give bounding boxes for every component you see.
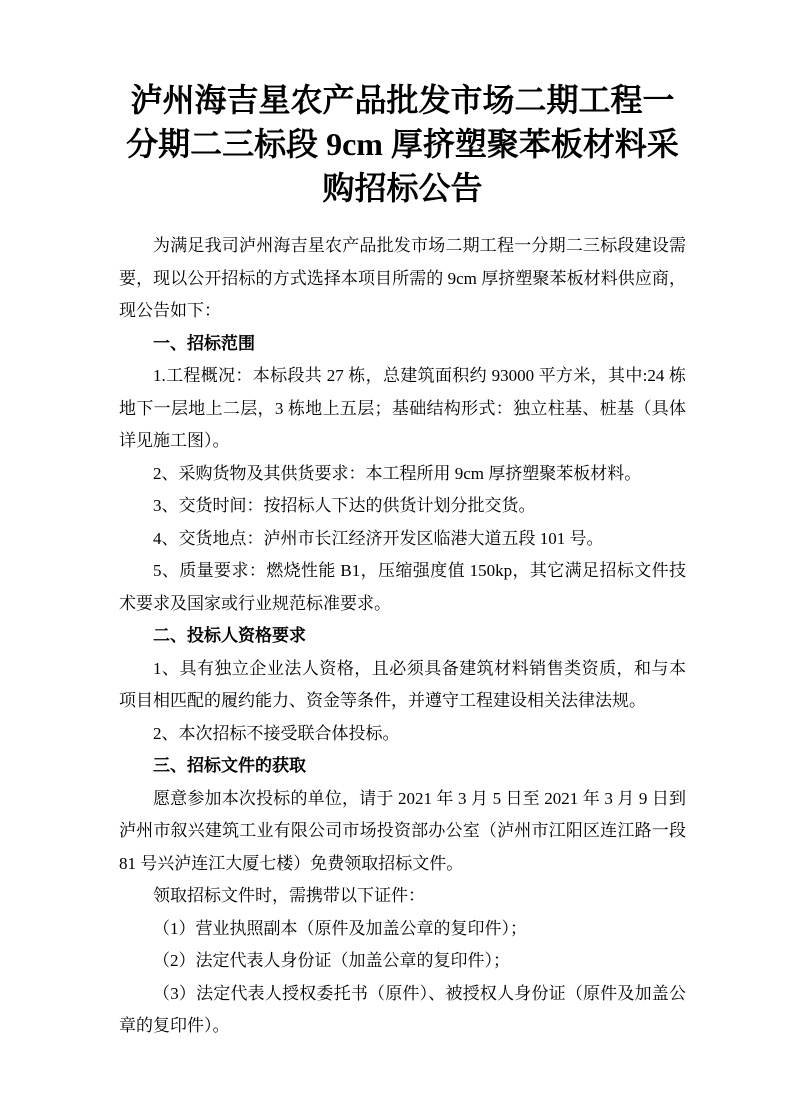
document-page: 泸州海吉星农产品批发市场二期工程一分期二三标段 9cm 厚挤塑聚苯板材料采购招标…: [0, 0, 794, 1108]
section-2-heading: 二、投标人资格要求: [119, 620, 686, 653]
section-1-item-1: 1.工程概况：本标段共 27 栋，总建筑面积约 93000 平方米，其中:24 …: [119, 360, 686, 458]
section-1-item-2: 2、采购货物及其供货要求：本工程所用 9cm 厚挤塑聚苯板材料。: [119, 458, 686, 491]
document-title: 泸州海吉星农产品批发市场二期工程一分期二三标段 9cm 厚挤塑聚苯板材料采购招标…: [119, 78, 686, 210]
section-1-heading: 一、招标范围: [119, 328, 686, 361]
section-3-paragraph-1: 愿意参加本次投标的单位，请于 2021 年 3 月 5 日至 2021 年 3 …: [119, 783, 686, 881]
section-2-item-1: 1、具有独立企业法人资格，且必须具备建筑材料销售类资质，和与本项目相匹配的履约能…: [119, 653, 686, 718]
section-3-credential-2: （2）法定代表人身份证（加盖公章的复印件）；: [119, 945, 686, 978]
section-1-item-3: 3、交货时间：按招标人下达的供货计划分批交货。: [119, 490, 686, 523]
section-3-credential-3: （3）法定代表人授权委托书（原件）、被授权人身份证（原件及加盖公章的复印件）。: [119, 978, 686, 1043]
section-1-item-5: 5、质量要求：燃烧性能 B1，压缩强度值 150kp，其它满足招标文件技术要求及…: [119, 555, 686, 620]
section-3-heading: 三、招标文件的获取: [119, 750, 686, 783]
document-body: 为满足我司泸州海吉星农产品批发市场二期工程一分期二三标段建设需要，现以公开招标的…: [119, 230, 686, 1043]
section-1-item-4: 4、交货地点：泸州市长江经济开发区临港大道五段 101 号。: [119, 523, 686, 556]
section-2-item-2: 2、本次招标不接受联合体投标。: [119, 718, 686, 751]
section-3-credential-1: （1）营业执照副本（原件及加盖公章的复印件）；: [119, 913, 686, 946]
intro-paragraph: 为满足我司泸州海吉星农产品批发市场二期工程一分期二三标段建设需要，现以公开招标的…: [119, 230, 686, 328]
section-3-paragraph-2: 领取招标文件时，需携带以下证件：: [119, 880, 686, 913]
